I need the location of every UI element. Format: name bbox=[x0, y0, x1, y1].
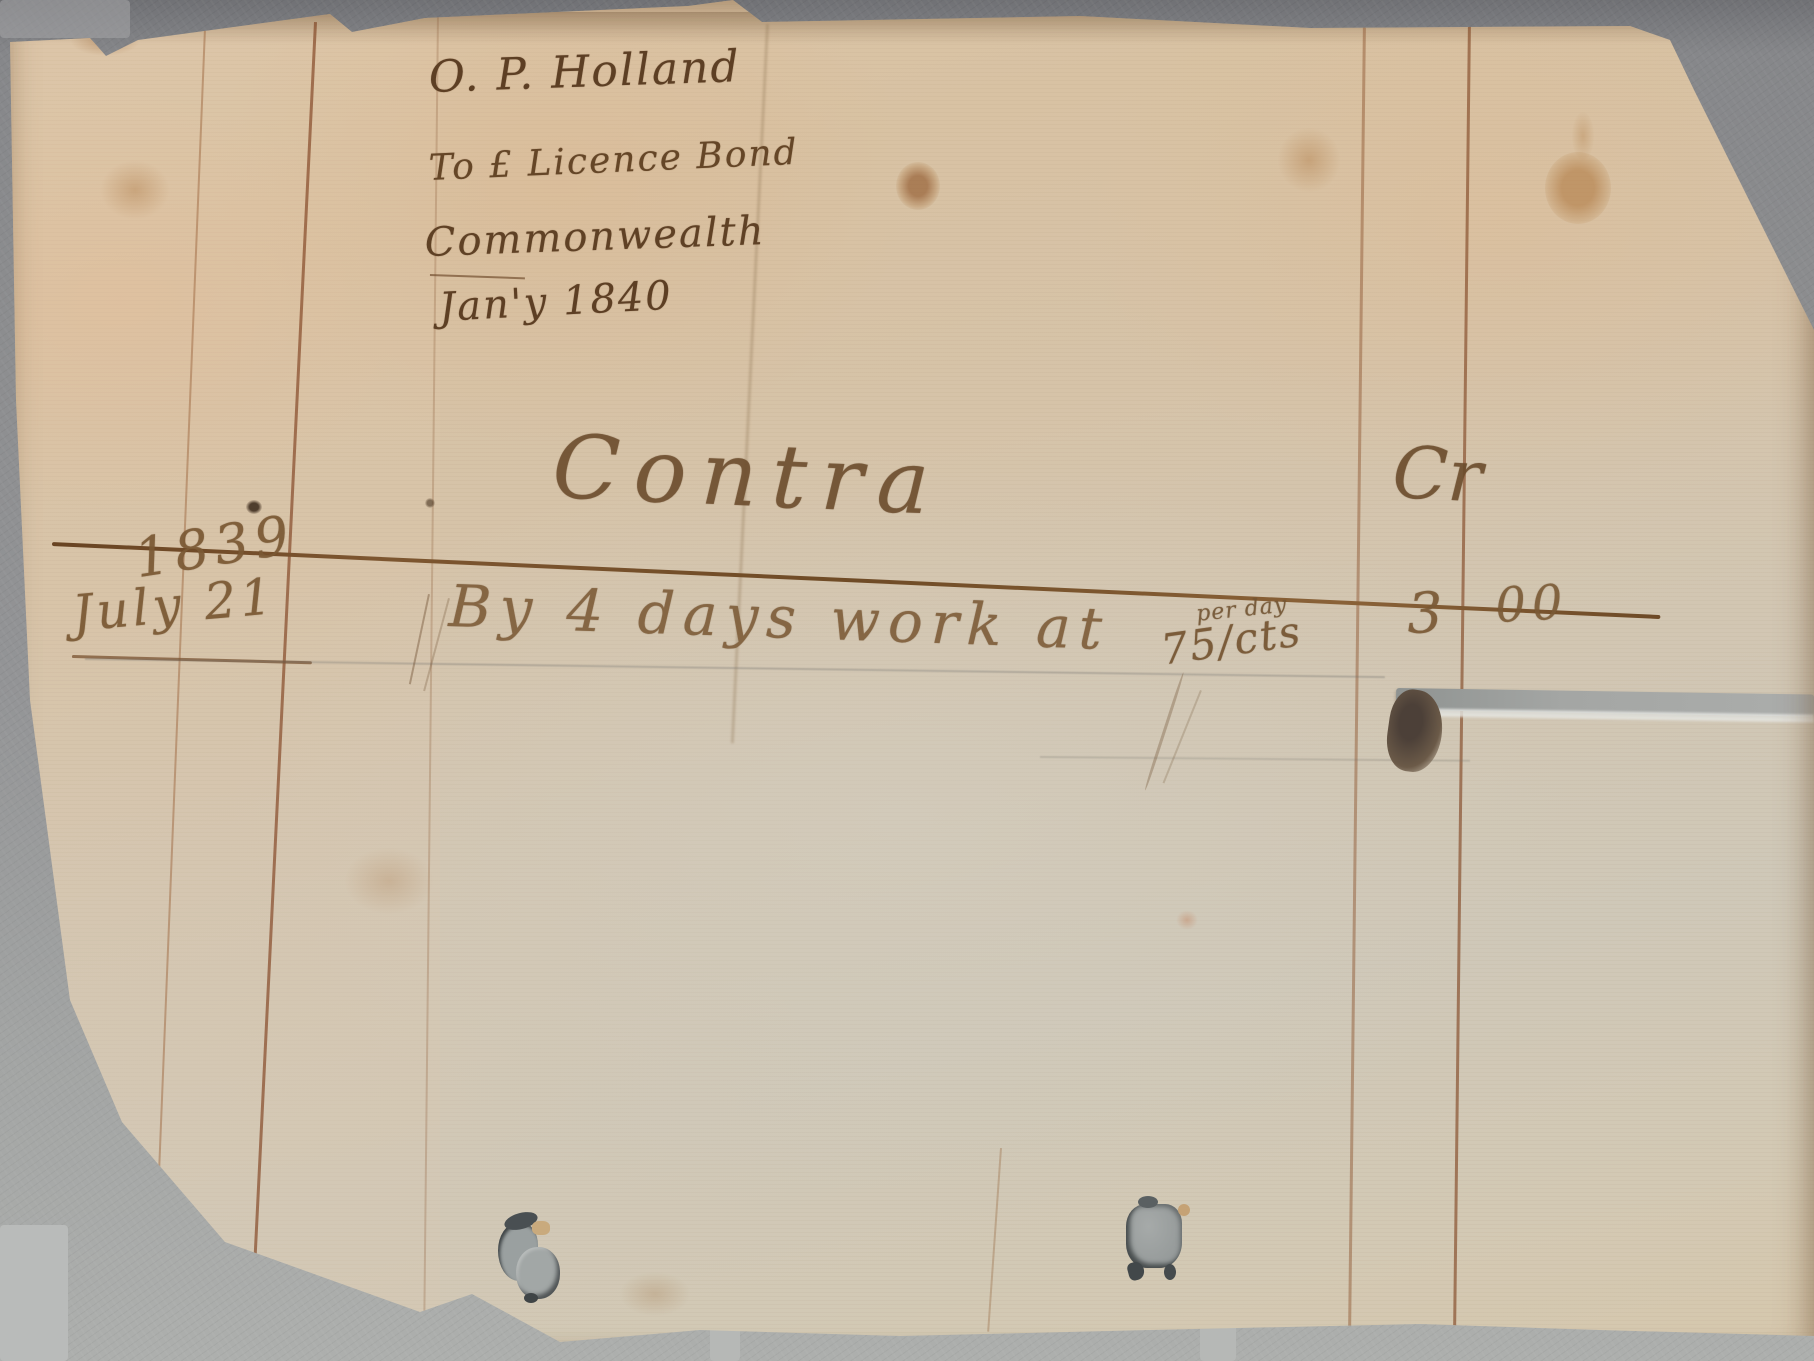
entry-rate: 75/cts bbox=[1158, 606, 1305, 674]
docket-date-line: Jan'y 1840 bbox=[438, 273, 674, 331]
hole-shadow-rim bbox=[1164, 1264, 1176, 1280]
surface-light-strip-bottom-left bbox=[0, 1225, 68, 1361]
ruled-line-money-column-right bbox=[1453, 18, 1471, 1334]
torn-paper-flap bbox=[1178, 1204, 1190, 1216]
punch-hole-right bbox=[1118, 1190, 1196, 1292]
stain-spot bbox=[896, 162, 940, 210]
stain-spot bbox=[1545, 152, 1611, 224]
scratch-mark bbox=[1163, 690, 1202, 783]
top-edge-shadow bbox=[0, 12, 1700, 44]
hole-shadow-rim bbox=[524, 1293, 538, 1303]
docket-commonwealth-line: Commonwealth bbox=[424, 208, 766, 266]
docket-bond-line: To £ Licence Bond bbox=[428, 132, 799, 189]
stain-spot bbox=[1176, 910, 1198, 930]
stain-spot bbox=[100, 160, 170, 220]
ruled-line-lower-middle bbox=[987, 1148, 1002, 1332]
docket-name-line: O. P. Holland bbox=[428, 41, 741, 103]
contra-heading: Contra bbox=[551, 415, 946, 535]
credit-abbreviation: Cr bbox=[1391, 430, 1485, 519]
torn-paper-flap bbox=[532, 1221, 550, 1235]
stain-spot bbox=[345, 848, 433, 914]
commonwealth-flourish bbox=[430, 274, 525, 279]
hole-opening bbox=[1126, 1204, 1182, 1268]
stain-spot bbox=[620, 1272, 690, 1316]
ink-dot bbox=[425, 498, 435, 508]
hole-opening bbox=[516, 1247, 560, 1299]
punch-hole-left bbox=[494, 1205, 566, 1307]
stain-spot bbox=[1572, 112, 1594, 160]
entry-amount-dollars: 3 bbox=[1406, 581, 1444, 647]
paper-fold-left-leaf bbox=[0, 0, 440, 1361]
scratch-mark bbox=[1144, 672, 1185, 791]
hole-shadow-rim bbox=[1138, 1196, 1158, 1208]
surface-highlight-top-left bbox=[0, 0, 130, 38]
photo-background: O. P. Holland To £ Licence Bond Commonwe… bbox=[0, 0, 1814, 1361]
entry-amount-cents: 00 bbox=[1494, 574, 1570, 634]
stain-spot bbox=[1278, 128, 1340, 192]
document-paper: O. P. Holland To £ Licence Bond Commonwe… bbox=[0, 0, 1814, 1361]
